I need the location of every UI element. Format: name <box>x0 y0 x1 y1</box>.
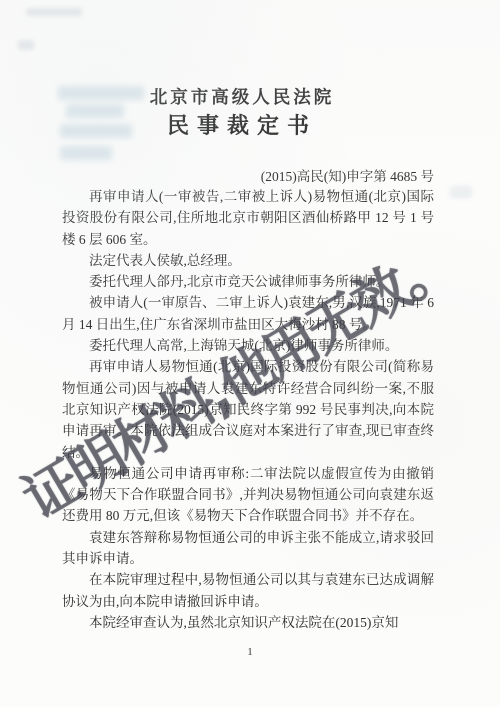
paragraph-petitioner: 再审申请人(一审被告,二审被上诉人)易物恒通(北京)国际投资股份有限公司,住所地… <box>62 186 434 250</box>
scan-artifact <box>18 40 34 50</box>
paragraph-respondent: 被申请人(一审原告、二审上诉人)袁建东,男,汉族,1971 年 6 月 14 日… <box>62 292 434 335</box>
paragraph-retrial-claim: 易物恒通公司申请再审称:二审法院以虚假宣传为由撤销《易物天下合作联盟合同书》,并… <box>62 463 434 527</box>
scan-artifact <box>450 186 472 198</box>
court-name-heading: 北京市高级人民法院 <box>0 84 484 109</box>
paragraph-withdrawal: 在本院审理过程中,易物恒通公司以其与袁建东已达成调解协议为由,向本院申请撤回诉申… <box>62 569 434 612</box>
paragraph-attorney-2: 委托代理人高常,上海锦天城(北京)律师事务所律师。 <box>62 335 434 356</box>
bleedthrough-mark <box>60 146 112 160</box>
paragraph-attorney-1: 委托代理人郃丹,北京市竞天公诚律师事务所律师。 <box>62 271 434 292</box>
scan-artifact <box>26 8 82 16</box>
paragraph-legal-rep: 法定代表人侯敏,总经理。 <box>62 250 434 271</box>
paragraph-case-summary: 再审申请人易物恒通(北京)国际投资股份有限公司(简称易物恒通公司)因与被申请人袁… <box>62 356 434 462</box>
paragraph-respondent-reply: 袁建东答辩称易物恒通公司的申诉主张不能成立,请求驳回其申诉申请。 <box>62 527 434 570</box>
paragraph-court-opinion: 本院经审查认为,虽然北京知识产权法院在(2015)京知 <box>62 612 434 633</box>
document-type-heading: 民事裁定书 <box>0 109 484 140</box>
page-number: 1 <box>0 646 500 658</box>
case-number: (2015)高民(知)申字第 4685 号 <box>62 165 434 185</box>
document-body: 再审申请人(一审被告,二审被上诉人)易物恒通(北京)国际投资股份有限公司,住所地… <box>62 186 434 633</box>
scanned-court-document-page: 北京市高级人民法院 民事裁定书 (2015)高民(知)申字第 4685 号 再审… <box>0 0 500 707</box>
